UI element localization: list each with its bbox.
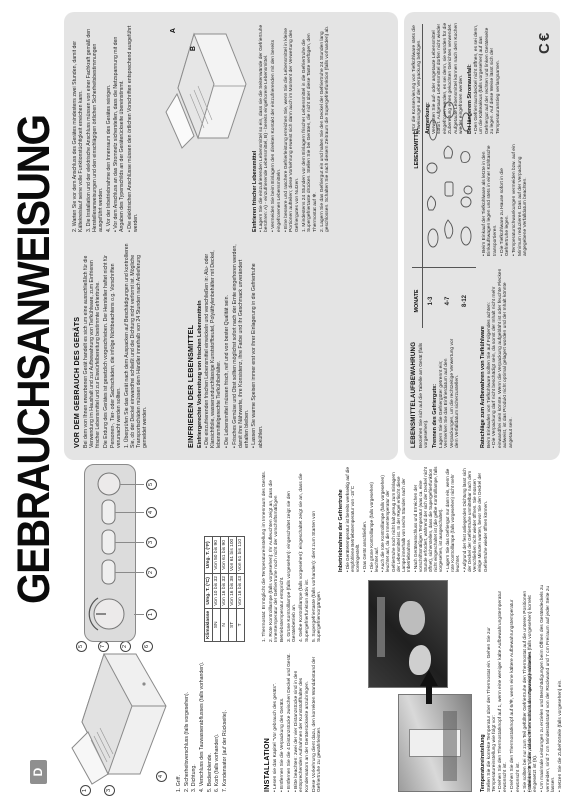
freezing-right-column: A B Einfrieren frischer Lebensmittel • L… [164, 24, 332, 232]
months-1-3: 1-3 [428, 274, 435, 328]
freezing-bullets-left: • Die einzufrierenden frischen Lebensmit… [204, 242, 264, 448]
panel-callout-1: 1 [146, 609, 157, 620]
storage-advice-middle: • Beim Einkauf der Tiefkühlware als letz… [482, 144, 530, 256]
cell: ST [229, 608, 237, 641]
startup-bullet: • Aufgrund der fest anliegenden Dichtung… [462, 466, 488, 572]
callout-line [115, 542, 144, 543]
cell: Von 50 bis 90 [213, 536, 221, 573]
freezer-zones-drawing [164, 24, 250, 152]
advice-bullet: • Die Tiefkühlware zu Hause sofort in di… [500, 144, 511, 256]
advice-heading: Ratschläge zum Aufbewahren von Tiefkühlw… [480, 266, 486, 448]
months-header: MONATE [414, 274, 420, 328]
freezing-bullet: • Lassen Sie warme Speisen immer erst vo… [251, 242, 263, 448]
bottom-note-bullet: • Stellen Sie sicher, dass der Verschlus… [528, 576, 539, 792]
meat-icon [461, 227, 471, 245]
bottom-notes: • Stellen Sie sicher, dass der Verschlus… [528, 576, 564, 792]
ce-mark: C€ [536, 31, 553, 54]
startup-bullet: • Das Gerät anschließen. [362, 466, 367, 572]
months-8-12: 8-12 [462, 274, 469, 328]
callout-6: 6 [142, 641, 153, 652]
installation-bullets: • Lesen sie das Kapitel "Vor gebrauch de… [273, 650, 323, 792]
callout-line [115, 512, 144, 513]
freezing-bullets-right: • Lagern Sie die einzufrierenden Lebensm… [259, 24, 331, 232]
startup-bullet: • Die Gerätetemperatur ist bereits werks… [345, 466, 360, 572]
control-panel-item: 5. Supergefriertaste (falls vorhanden): … [312, 466, 323, 642]
parts-list-item: 7. Kondensator (auf der Rückseite). [222, 650, 228, 792]
freezing-bullet: • Die einzufrierenden frischen Lebensmit… [204, 242, 222, 448]
callout-line [120, 484, 144, 485]
before-use-item: 2. Warten Sie vor dem Anschluss des Gerä… [72, 24, 84, 232]
parts-list-item: 1. Griff. [176, 650, 182, 792]
callout-3: 3 [104, 785, 115, 796]
cell: Von 16 bis 38 [229, 574, 237, 609]
control-panel-figure: 1 2 3 4 5 [84, 466, 168, 642]
language-badge: D [30, 760, 47, 784]
installation-bullet: • Entfernen Sie die Verpackung des Gerät… [280, 650, 285, 792]
panel-callout-3: 3 [146, 537, 157, 548]
power-failure-heading: Bei längerem Stromausfall: [467, 22, 473, 134]
zone-label-b: B [190, 46, 197, 51]
storage-note-column: • Für die Konservierung von Tiefkühlware… [412, 22, 503, 134]
drain-shadow [443, 711, 457, 781]
pastry-icon [428, 229, 438, 247]
freezing-bullet: • Frisches Gemüse und Obst sollten mögli… [232, 242, 250, 448]
callout-2: 2 [120, 641, 131, 652]
startup-heading: Inbetriebnahme der Gefriertruhe [338, 466, 344, 572]
startup-bullet: • Nach Geräteanschluss und Erreichen der… [413, 466, 444, 572]
installation-bullet: • Lesen sie das Kapitel "Vor gebrauch de… [273, 650, 278, 792]
storage-left-column: LEBENSMITTELAUFBEWAHRUNG Beziehen Sie si… [410, 336, 461, 448]
cell: Von 61 bis 90 [221, 536, 229, 573]
parts-list-item: 4. Verschluss des Tauwasserabflusses (fa… [199, 650, 205, 792]
before-use-item: 3. Die Installation und der elektrische … [86, 24, 104, 232]
cell: Von 10 bis 32 [213, 574, 221, 609]
startup-bullet: • Lagern Sie das Gefriergut nur dann ein… [445, 466, 460, 572]
col-umg-c: Umg. T. (°C) [205, 574, 213, 609]
landscape-sheet: D GEBRAUCHSANWEISUNG 1 3 4 5 7 2 6 1. Gr… [0, 0, 564, 800]
note-heading: Anmerkung: [425, 22, 431, 134]
before-use-item: • Vor dem Anschluss an das Stromnetz sic… [113, 24, 125, 232]
page-title: GEBRAUCHSANWEISUNG [8, 115, 60, 604]
callout-7: 7 [98, 641, 109, 652]
installation-bullet: Diese Vorkehrung dient dazu, den korrekt… [312, 650, 323, 792]
col-umg-f: Umg. T. (°F) [205, 536, 213, 573]
fruit-icon [464, 186, 472, 194]
advice-bullets-left: • Die Verpackung darf nicht beschädigt s… [492, 266, 514, 448]
cell: Von 61 bis 100 [229, 536, 237, 573]
before-use-item: 4. Vor der Inbetriebnahme den Innenraum … [106, 24, 112, 232]
installation-section: INSTALLATION • Lesen sie das Kapitel "Vo… [262, 650, 324, 792]
parts-list-item: 6. Korb (falls vorhanden). [214, 650, 220, 792]
table-header-row: Klimaklasse Umg. T. (°C) Umg. T. (°F) [205, 536, 213, 641]
parts-list: 1. Griff.2. Sicherheitsverschluss (falls… [176, 650, 229, 792]
table-row: TVon 16 bis 43Von 61 bis 110 [237, 536, 245, 641]
control-panel-item: 3. Grüne Kontrolllampe (falls vorgesehen… [287, 466, 298, 642]
callout-4: 4 [156, 771, 167, 782]
frost-patch [399, 601, 425, 635]
freezer-overview-figure: 1 3 4 5 7 2 6 [70, 644, 170, 792]
startup-section: Inbetriebnahme der Gefriertruhe • Die Ge… [336, 466, 489, 572]
temperature-bullet: • Drehen Sie den Thermostatknopf auf 6/❄… [510, 580, 521, 792]
power-failure-bullets: • Den Gefrierraumdeckel nicht öffnen, es… [474, 22, 501, 134]
fish-icon [445, 220, 453, 238]
advice-bullet: • Temperaturschwankungen vermeiden bzw. … [512, 144, 528, 256]
parts-list-item: 5. Bedienblende. [207, 650, 213, 792]
table-row: STVon 16 bis 38Von 61 bis 100 [229, 536, 237, 641]
gray-panel-bottom: LEBENSMITTELAUFBEWAHRUNG Beziehen Sie si… [404, 12, 560, 460]
zone-label-a: A [170, 28, 177, 33]
vegetable-icon [461, 152, 470, 163]
control-panel-item: 2. Rote Kontrolllampe (falls vorgesehen)… [269, 466, 285, 642]
shrimp-icon [427, 196, 435, 210]
callout-line [134, 614, 144, 615]
storage-heading: LEBENSMITTELAUFBEWAHRUNG [410, 336, 417, 448]
freezing-bullet: • Vermeiden Sie beim Einlagern den direk… [271, 24, 282, 232]
freezer-isometric-drawing [70, 644, 170, 792]
installation-heading: INSTALLATION [262, 650, 271, 792]
poultry-icon [444, 146, 452, 158]
scanned-manual-page: D GEBRAUCHSANWEISUNG 1 3 4 5 7 2 6 1. Gr… [0, 0, 564, 800]
advice-bullets-right: • Für die Konservierung von Tiefkühlware… [412, 22, 423, 134]
note-text: Verwerten Sie auf- oder angetaute Lebens… [432, 22, 465, 134]
freezing-bullet: 1. Mindestens 24 Stunden vor dem Einlage… [302, 24, 318, 232]
table-rule [412, 267, 476, 268]
control-panel-item: 4. Gelbe Kontrolllampe (falls vorgesehen… [299, 466, 310, 642]
arrow-icon [420, 670, 438, 704]
before-use-left-column: VOR DEM GEBRAUCH DES GERÄTS Bei dem von … [72, 242, 150, 448]
control-panel-item-list: 1. Thermostat: Ermöglicht die Temperatur… [262, 466, 324, 642]
freezing-bullet: • Die Lebensmittel müssen frisch, reif u… [224, 242, 230, 448]
startup-bullet: • Die grüne Kontrolllampe (falls vorgese… [369, 466, 379, 572]
table-row: SNVon 10 bis 32Von 50 bis 90 [213, 536, 221, 641]
before-use-item: • Die elektrischen Anschlüsse müssen den… [127, 24, 139, 232]
callout-5: 5 [76, 641, 87, 652]
startup-bullets: • Die Gerätetemperatur ist bereits werks… [345, 466, 488, 572]
freezing-zones-figure: A B [164, 24, 250, 152]
storage-advice-column: Ratschläge zum Aufbewahren von Tiefkühlw… [478, 266, 516, 448]
panel-callout-2: 2 [146, 567, 157, 578]
temperature-section: Temperatureinstellung Stellen Sie die ko… [478, 580, 535, 792]
cell: SN [213, 608, 221, 641]
cell: Von 61 bis 110 [237, 536, 245, 573]
table-row: NVon 16 bis 32Von 61 bis 90 [221, 536, 229, 641]
freezing-subheading-right: Einfrieren frischer Lebensmittel [252, 24, 258, 232]
before-use-heading: VOR DEM GEBRAUCH DES GERÄTS [72, 242, 81, 448]
col-klimaklasse: Klimaklasse [205, 608, 213, 641]
control-panel-controls [84, 466, 134, 642]
cell: Von 16 bis 32 [221, 574, 229, 609]
callout-1: 1 [80, 785, 91, 796]
advice-bullet: • Für die Konservierung von Tiefkühlware… [412, 22, 423, 134]
bottom-note-bullet: • Um maximale Leistungen zu erzielen und… [540, 576, 556, 792]
cell: Von 16 bis 43 [237, 574, 245, 609]
before-use-right-column: 2. Warten Sie vor dem Anschluss des Gerä… [72, 24, 141, 232]
freezing-subheading-left: Einfriergerechte Vorbereitung von frisch… [197, 242, 203, 448]
advice-bullet: • Beim Einkauf der Tiefkühlware als letz… [482, 144, 498, 256]
panel-callout-4: 4 [146, 507, 157, 518]
parts-list-item: 2. Sicherheitsverschluss (falls vorgeseh… [184, 650, 190, 792]
cheese-icon [445, 182, 453, 196]
freezing-left-column: EINFRIEREN DER LEBENSMITTEL Einfriergere… [186, 242, 265, 448]
before-use-intro: Bei dem von Ihnen erworbenen Gerät hande… [83, 242, 101, 448]
bottom-note-bullet: • Setzen Sie die Zubehörteile (falls vor… [558, 576, 563, 792]
temperature-intro: Stellen Sie die korrekte Temperatur über… [487, 580, 498, 792]
temperature-bullet: • Drehen Sie den Thermostatknopf auf 1, … [498, 580, 509, 792]
before-use-items-left: 1. Überprüfen Sie das Gerät nach dem Aus… [124, 242, 149, 448]
cell: N [221, 608, 229, 641]
callout-line [115, 572, 144, 573]
advice-bullet: • Die Verpackung darf nicht beschädigt s… [492, 266, 514, 448]
installation-bullet: • Entfernen Sie die 4 Distanzstücke zwis… [287, 650, 292, 792]
storage-intro: Beziehen Sie sich auf die Tabelle am Ger… [419, 336, 430, 448]
startup-bullet: • Auch die rote Kontrolllampe (falls vor… [380, 466, 411, 572]
power-failure-bullet: • Den Gefrierraumdeckel nicht öffnen, es… [474, 22, 501, 134]
fruit-icon [461, 197, 471, 207]
freezing-bullet: 2. Lagern Sie das Gefriergut ein und hal… [320, 24, 331, 232]
months-4-7: 4-7 [445, 274, 452, 328]
control-panel-item: 1. Thermostat: Ermöglicht die Temperatur… [262, 466, 267, 642]
photo-drain-plug [398, 694, 472, 792]
freezing-bullet: • Lagern Sie die einzufrierenden Lebensm… [259, 24, 270, 232]
panel-callout-5: 5 [146, 479, 157, 490]
mushroom-icon [427, 163, 437, 173]
freezing-heading: EINFRIEREN DER LEBENSMITTEL [186, 242, 195, 448]
freezer-edge [377, 597, 385, 657]
storage-separate-text: Lagern Sie die Gefriergüter getrennt ein… [439, 336, 461, 448]
temperature-heading: Temperatureinstellung [480, 580, 486, 792]
storage-separate-heading: Trennen des Gefrierguts: [432, 336, 438, 448]
parts-list-item: 3. Dichtung. [191, 650, 197, 792]
cell: T [237, 608, 245, 641]
before-use-grounding: Die Erdung des Gerätes ist gesetzlich vo… [103, 242, 121, 448]
installation-bullet: • Bitte beachten: zwei der vier Distanzs… [294, 650, 310, 792]
before-use-item: 1. Überprüfen Sie das Gerät nach dem Aus… [124, 242, 149, 448]
klimaklasse-table: Klimaklasse Umg. T. (°C) Umg. T. (°F) SN… [204, 536, 245, 642]
freezing-bullet: • Eine bessere und raschere Gefrierleist… [284, 24, 300, 232]
gray-panel-top: VOR DEM GEBRAUCH DES GERÄTS Bei dem von … [64, 12, 398, 460]
